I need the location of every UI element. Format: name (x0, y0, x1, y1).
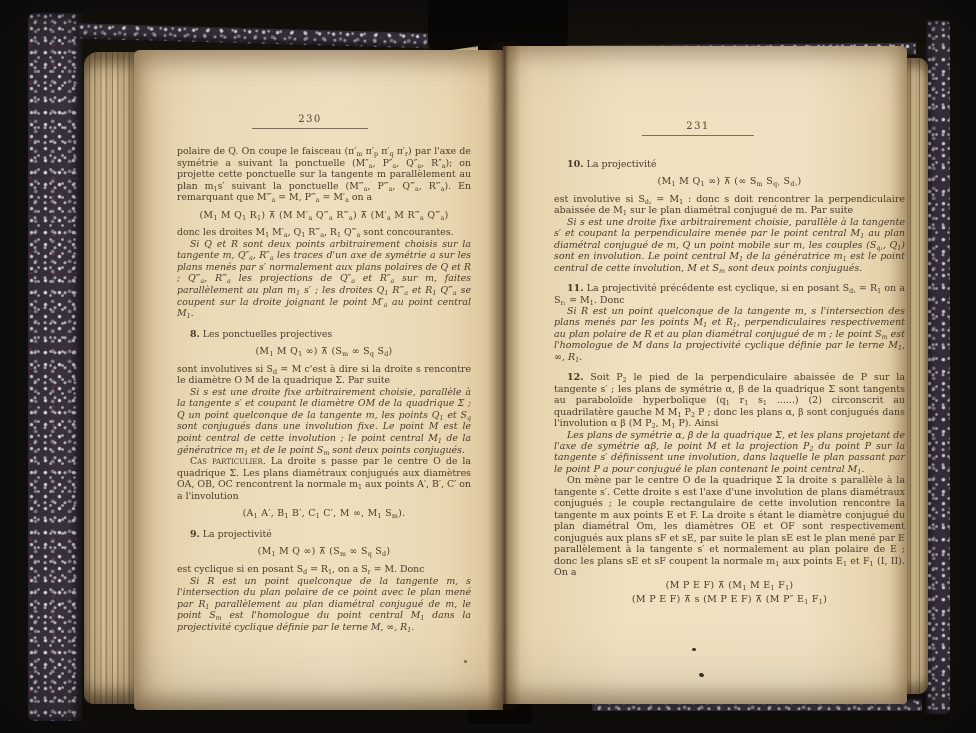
formula: (M P E F) ⊼ (M1 M E1 F1) (554, 580, 905, 591)
formula: (M1 M Q1 R1) ⊼ (M M′a Q‴a R‴a) ⊼ (M′a M … (177, 210, 471, 222)
page-edge-stack-right (906, 58, 928, 694)
paragraph: 12. Soit P2 le pied de la perpendiculair… (554, 372, 905, 429)
paragraph: Les plans de symétrie α, β de la quadriq… (554, 430, 905, 476)
paragraph: Si Q et R sont deux points arbitrairemen… (177, 239, 471, 320)
paragraph: Si s est une droite fixe arbitrairement … (554, 217, 905, 274)
formula: (M1 M Q1 ∞) ⊼ (∞ Sm Sq₁ Sd₁) (554, 176, 905, 187)
page-edge-stack-left (84, 52, 136, 704)
right-page-text: 10. La projectivité(M1 M Q1 ∞) ⊼ (∞ Sm S… (554, 150, 905, 607)
page-number-rule (642, 135, 754, 136)
section-heading: 10. La projectivité (554, 159, 905, 170)
page-number-rule (252, 128, 368, 129)
paragraph: sont involutives si Sd = M c'est à dire … (177, 364, 471, 387)
paragraph: est cyclique si en posant Sd = R1, on a … (177, 564, 471, 576)
paragraph: Si s est une droite fixe arbitrairement … (177, 387, 471, 456)
paragraph: Si R est un point quelconque de la tange… (177, 576, 471, 634)
formula: (M1 M Q ∞) ⊼ (Sm ∞ Sq Sd) (177, 546, 471, 558)
marbled-cover-edge-right (926, 20, 950, 714)
ink-speck (692, 648, 696, 651)
ink-speck (464, 660, 467, 663)
paragraph: donc les droites M1 M′a, Q1 R‴a, R1 Q‴a … (177, 227, 471, 239)
left-page-text: polaire de Q. On coupe le faisceau (π′m … (177, 146, 471, 633)
paragraph: On mène par le centre O de la quadrique … (554, 475, 905, 578)
paragraph: est involutive si Sd₁ = M1 : donc s doit… (554, 194, 905, 217)
marbled-cover-edge-left (28, 13, 82, 721)
formula: (A1 A′, B1 B′, C1 C′, M ∞, M1 Sm). (177, 508, 471, 520)
paragraph: Si R est un point quelconque de la tange… (554, 306, 905, 363)
section-heading: 8. Les ponctuelles projectives (177, 329, 471, 341)
page-number-left: 230 (252, 114, 368, 129)
paragraph: 11. La projectivité précédente est cycli… (554, 283, 905, 306)
page-number-text: 230 (252, 114, 368, 125)
paragraph: polaire de Q. On coupe le faisceau (π′m … (177, 146, 471, 204)
formula: (M P E F) ⊼ s (M P E F) ⊼ (M P″ E1 F1) (554, 594, 905, 605)
page-number-right: 231 (642, 121, 754, 136)
paragraph: Cas particulier. La droite s passe par l… (177, 456, 471, 502)
formula: (M1 M Q1 ∞) ⊼ (Sm ∞ Sq Sd) (177, 346, 471, 358)
book-photo: 230 231 polaire de Q. On coupe le faisce… (0, 0, 976, 733)
page-number-text: 231 (642, 121, 754, 132)
section-heading: 9. La projectivité (177, 529, 471, 541)
